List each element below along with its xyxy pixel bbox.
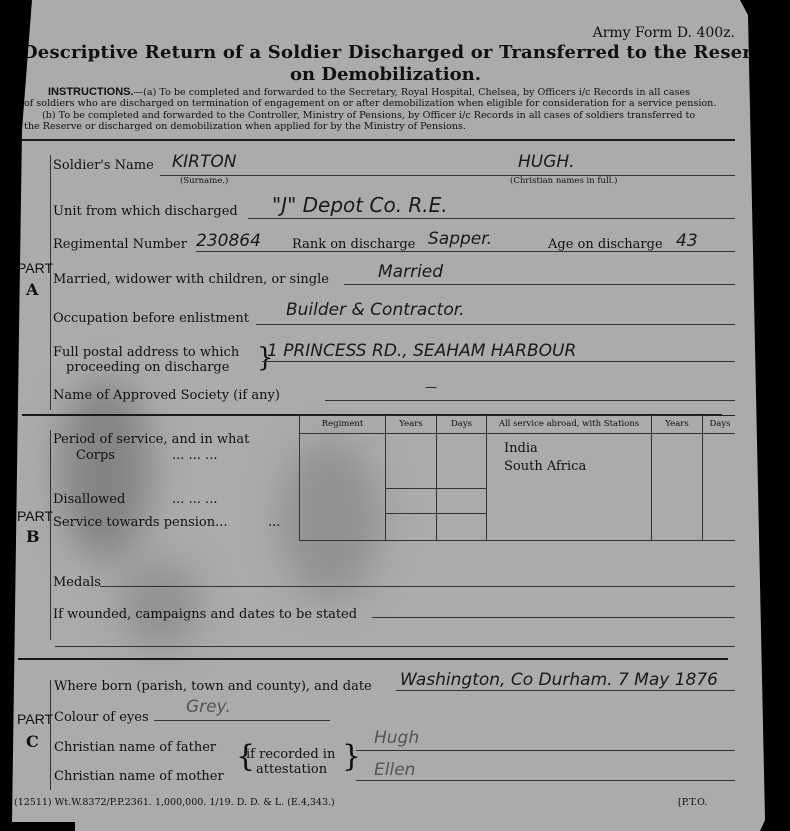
brace: } — [342, 742, 361, 772]
column-header-abroad-years: Years — [652, 419, 702, 429]
underline — [325, 400, 735, 401]
mother-name-value: Ellen — [374, 760, 415, 780]
instruction-b-line1: (b) To be completed and forwarded to the… — [42, 110, 695, 121]
christian-names-value: HUGH. — [518, 152, 575, 172]
stain — [60, 380, 150, 560]
dots: ... ... ... — [172, 448, 217, 463]
underline — [256, 324, 735, 325]
form-number: Army Form D. 400z. — [593, 25, 735, 41]
underline — [372, 617, 735, 618]
medals-label: Medals — [53, 575, 101, 590]
divider — [18, 658, 728, 660]
occupation-label: Occupation before enlistment — [53, 311, 249, 326]
document-page: Army Form D. 400z. Descriptive Return of… — [0, 0, 790, 831]
period-of-service-label: Period of service, and in what — [53, 432, 249, 447]
underline — [396, 690, 735, 691]
marital-status-value: Married — [378, 262, 443, 282]
instructions-label: INSTRUCTIONS. — [48, 86, 134, 98]
column-header-abroad-days: Days — [703, 419, 737, 429]
soldiers-name-label: Soldier's Name — [53, 158, 154, 173]
mother-name-label: Christian name of mother — [54, 769, 224, 784]
underline — [344, 284, 735, 285]
address-label-line1: Full postal address to which — [53, 345, 239, 360]
wounded-label: If wounded, campaigns and dates to be st… — [53, 607, 357, 622]
approved-society-value: — — [425, 380, 437, 394]
instruction-a-line2: of soldiers who are discharged on termin… — [24, 98, 716, 109]
station-india: India — [504, 441, 538, 456]
occupation-value: Builder & Contractor. — [286, 300, 465, 320]
stain — [280, 440, 380, 600]
underline — [356, 780, 735, 781]
eye-colour-label: Colour of eyes — [54, 710, 149, 725]
marital-status-label: Married, widower with children, or singl… — [53, 272, 329, 287]
surname-value: KIRTON — [172, 152, 236, 172]
station-south-africa: South Africa — [504, 459, 586, 474]
dots: ... ... ... — [172, 492, 217, 507]
page-title: Descriptive Return of a Soldier Discharg… — [22, 42, 774, 63]
underline — [100, 586, 735, 587]
part-b-letter: B — [26, 527, 40, 546]
dots: ... — [268, 515, 280, 530]
part-c-letter: C — [26, 732, 39, 751]
column-header-service-abroad: All service abroad, with Stations — [487, 419, 651, 429]
part-a-bracket — [50, 155, 51, 410]
address-value: 1 PRINCESS RD., SEAHAM HARBOUR — [267, 341, 576, 361]
surname-caption: (Surname.) — [180, 176, 228, 186]
instruction-b-line2: the Reserve or discharged on demobilizat… — [24, 121, 466, 132]
age-label: Age on discharge — [548, 237, 663, 252]
stain — [120, 560, 200, 650]
please-turn-over: [P.T.O. — [678, 797, 707, 808]
unit-value: "J" Depot Co. R.E. — [272, 193, 448, 217]
underline — [154, 720, 330, 721]
attestation-note-line1: if recorded in — [246, 747, 335, 762]
part-a-label: PART — [17, 260, 53, 276]
rank-value: Sapper. — [428, 229, 492, 249]
regimental-number-label: Regimental Number — [53, 237, 187, 252]
underline — [55, 646, 735, 647]
address-label-line2: proceeding on discharge — [66, 360, 229, 375]
underline — [356, 750, 735, 751]
part-a-letter: A — [26, 280, 38, 299]
column-header-years: Years — [386, 419, 436, 429]
disallowed-label: Disallowed — [53, 492, 125, 507]
part-b-bracket — [50, 430, 51, 640]
page-subtitle: on Demobilization. — [290, 64, 481, 85]
part-c-bracket — [50, 680, 51, 790]
underline — [262, 361, 735, 362]
column-header-days: Days — [437, 419, 486, 429]
part-c-label: PART — [17, 711, 53, 727]
print-code: (12511) Wt.W.8372/P.P.2361. 1,000,000. 1… — [14, 797, 335, 808]
father-name-value: Hugh — [374, 728, 419, 748]
age-value: 43 — [676, 231, 698, 251]
christian-names-caption: (Christian names in full.) — [510, 176, 617, 186]
birthplace-value: Washington, Co Durham. 7 May 1876 — [400, 670, 718, 690]
rank-label: Rank on discharge — [292, 237, 415, 252]
underline — [196, 251, 735, 252]
attestation-note-line2: attestation — [256, 762, 327, 777]
unit-label: Unit from which discharged — [53, 204, 238, 219]
column-header-regiment: Regiment — [300, 419, 385, 429]
underline — [160, 175, 735, 176]
underline — [248, 218, 735, 219]
father-name-label: Christian name of father — [54, 740, 216, 755]
regimental-number-value: 230864 — [196, 231, 261, 251]
instruction-a-line1: INSTRUCTIONS.—(a) To be completed and fo… — [48, 86, 690, 98]
birthplace-label: Where born (parish, town and county), an… — [54, 679, 372, 694]
corps-label: Corps — [76, 448, 115, 463]
service-towards-pension-label: Service towards pension... — [53, 515, 228, 530]
divider — [22, 139, 735, 141]
eye-colour-value: Grey. — [186, 697, 231, 717]
part-b-label: PART — [17, 508, 53, 524]
approved-society-label: Name of Approved Society (if any) — [53, 388, 280, 403]
